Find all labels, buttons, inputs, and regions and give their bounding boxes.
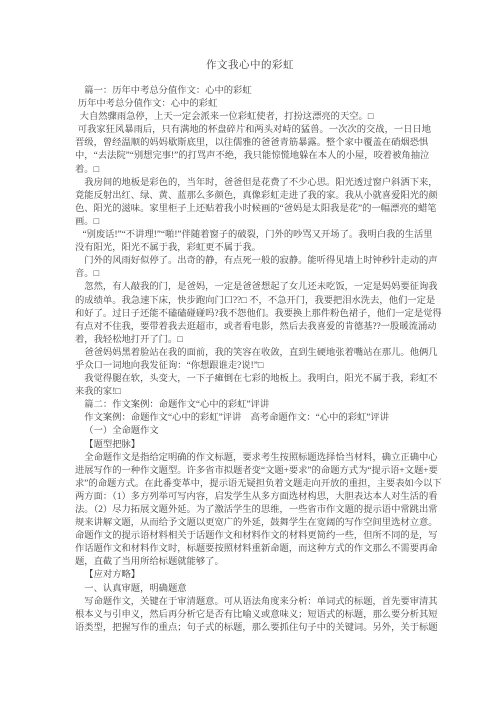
text-line: 历年中考总分值作文：心中的彩虹 — [75, 98, 435, 111]
text-line: 爸爸妈妈黑着脸站在我的面前，我的笑容在收敛，直到生硬地张着嘴站在那儿。他俩几 — [75, 347, 435, 360]
document-page: 作文我心中的彩虹 篇一：历年中考总分值作文：心中的彩虹历年中考总分值作文：心中的… — [0, 0, 500, 707]
text-line: 忽然，有人敲我的门，是爸妈，一定是爸爸想起了女儿还未吃饭，一定是妈妈要征询我 — [75, 281, 435, 294]
text-line: 没有阳光，阳光不属于我，彩虹更不属于我。 — [75, 242, 435, 255]
text-line: 我觉得腿在软，头变大，一下子瘫倒在七彩的地板上。我明白，阳光不属于我，彩虹不 — [75, 373, 435, 386]
text-line: 题，直截了当用所给标题就能够了。 — [75, 556, 435, 569]
text-line: “别废话!”“不讲理!”“啪!”伴随着窗子的破裂，门外的吵骂又开场了。我明白我的… — [75, 229, 435, 242]
text-line: 的成绩单。我急速下床，快步跑向门口??□ 不，不急开门，我要把泪水洗去，他们一定… — [75, 295, 435, 308]
text-line: 法。（2）尽力拓展文题外延。为了激活学生的思维，一些省市作文题的提示语中常跳出常 — [75, 504, 435, 517]
text-line: 乎众口一词地向我发征询：“你想跟谁走?说!”□ — [75, 360, 435, 373]
text-line: 作文案例：命题作文“心中的彩虹”评讲 高考命题作文：“心中的彩虹”评讲 — [75, 412, 435, 425]
text-line: 中，“去法院”“别想完事!”的打骂声不绝，我只能惊慌地躲在本人的小屋，咬着被角抽… — [75, 150, 435, 163]
text-line: 音。□ — [75, 268, 435, 281]
text-line: 【应对方略】 — [75, 569, 435, 582]
text-line: 色、阳光的滋味。家里柜子上还贴着我小时候画的“爸妈是太阳我是花”的一幅漂亮的蜡笔 — [75, 203, 435, 216]
text-line: 篇二：作文案例：命题作文“心中的彩虹”评讲 — [75, 399, 435, 412]
text-line: 晋级，曾经温顺的妈妈歇斯底里，以往儒雅的爸爸青筋暴露。整个家中覆盖在硝烟恐惧 — [75, 137, 435, 150]
text-line: 着。□ — [75, 164, 435, 177]
text-line: 根本义与引申义，然后再分析它是否有比喻义或意味义；短语式的标题，那么要分析其短 — [75, 609, 435, 622]
text-line: 竟能反射出红、绿、黄、蓝那么多颜色，真像彩虹走进了我的家。我从小就喜爱阳光的颜 — [75, 190, 435, 203]
text-line: 和好了。过日子还能不磕磕碰碰吗?我不怨他们。我要换上那件粉色裙子，他们一定是觉得 — [75, 308, 435, 321]
text-line: 语类型，把握写作的重点；句子式的标题，那么要抓住句子中的关键词。另外，关于标题 — [75, 622, 435, 635]
text-line: 【题型把脉】 — [75, 439, 435, 452]
text-line: 作话题作文和材料作文时，标题要按照材料重新命题，而这种方式的作文那么不需要再命 — [75, 543, 435, 556]
text-line: 写命题作文，关键在于审清题意。可从语法角度来分析：单词式的标题，首先要审清其 — [75, 596, 435, 609]
text-line: 一、认真审题，明确题意 — [75, 583, 435, 596]
text-line: 门外的风雨好似停了。出奇的静，有点死一般的寂静。能听得见墙上时钟秒针走动的声 — [75, 255, 435, 268]
text-line: 我房间的地板是彩色的，当年时，爸爸但是花费了不少心思。阳光透过窗户斜洒下来， — [75, 177, 435, 190]
text-line: 篇一：历年中考总分值作文：心中的彩虹 — [75, 85, 435, 98]
text-line: （一）全命题作文 — [75, 425, 435, 438]
text-line: 两方面：（1）多方列举可写内容，启发学生从多方面选材构思，大胆表达本人对生活的看 — [75, 491, 435, 504]
text-line: 命题作文的提示语材料相关于话题作文和材料作文的材料更简约一些，但所不同的是，写 — [75, 530, 435, 543]
text-line: 大自然骤雨急停，上天一定会派来一位彩虹使者，打扮这漂亮的天空。□ — [75, 111, 435, 124]
document-body: 篇一：历年中考总分值作文：心中的彩虹历年中考总分值作文：心中的彩虹大自然骤雨急停… — [75, 85, 435, 635]
text-line: 全命题作文是指给定明确的作文标题，要求考生按照标题选择恰当材料，确立正确中心 — [75, 452, 435, 465]
document-title: 作文我心中的彩虹 — [0, 59, 500, 73]
text-line: 画。□ — [75, 216, 435, 229]
text-line: 进展写作的一种作文题型。许多省市拟题者变“文题+要求”的命题方式为“提示语+文题… — [75, 465, 435, 478]
text-line: 求”的命题方式。在此番变革中，提示语无疑担负着文题走向开放的重担，主要表如今以下 — [75, 478, 435, 491]
text-line: 有点对不住我，要带着我去逛超市，或者看电影，然后去我喜爱的肯德基??一股暖流涌动 — [75, 321, 435, 334]
text-line: 规来讲解文题，从而给予文题以更宽广的外延，鼓舞学生在宽阔的写作空间里选材立意。 — [75, 517, 435, 530]
text-line: 来我的家!□ — [75, 386, 435, 399]
text-line: 着，我轻松地打开了门。□ — [75, 334, 435, 347]
text-line: 可我家狂风暴雨后，只有满地的杯盘碎片和两头对峙的猛兽。一次次的交战，一日日地 — [75, 124, 435, 137]
